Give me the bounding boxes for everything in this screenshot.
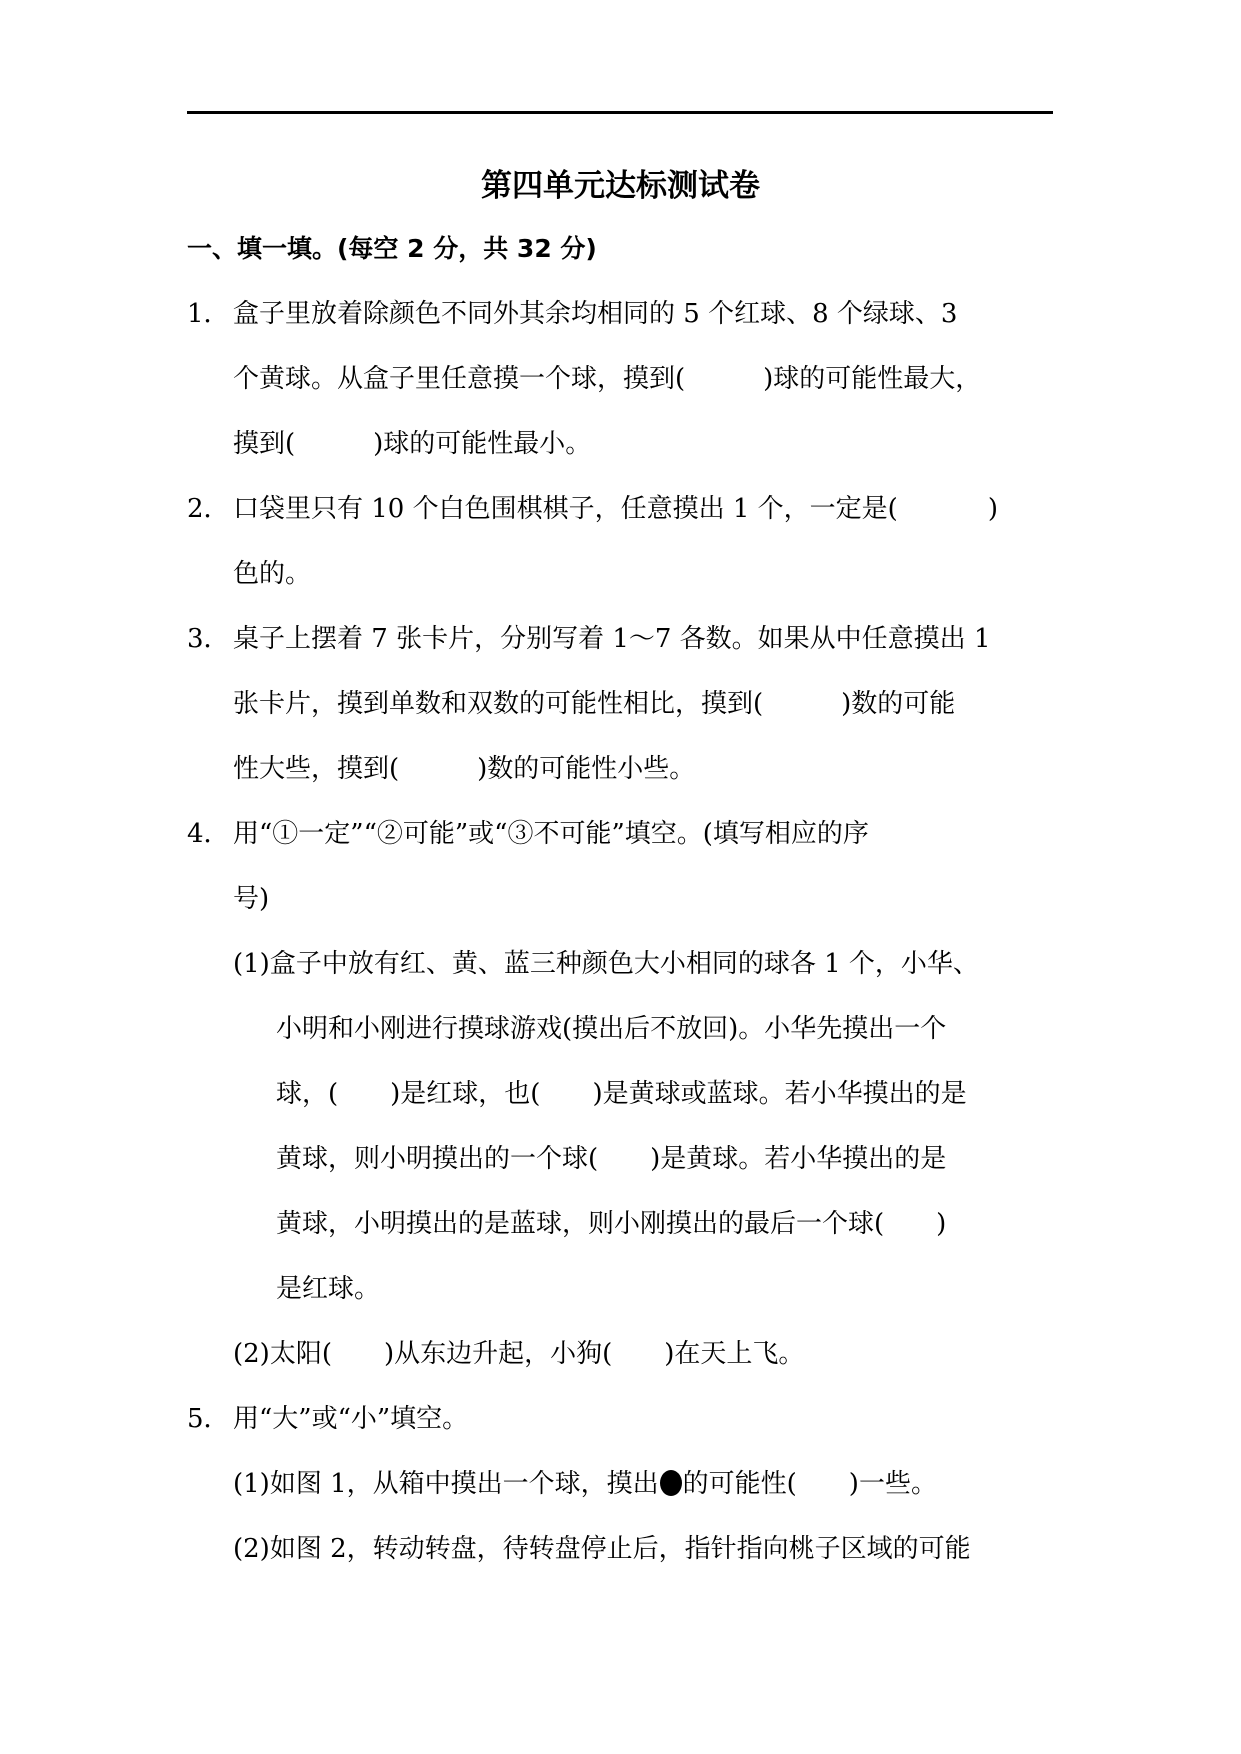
text: 黄球，则小明摸出的一个球( bbox=[276, 1144, 598, 1174]
question-4-line-1: 用“①一定”“②可能”或“③不可能”填空。(填写相应的序 bbox=[233, 817, 869, 851]
text: 个黄球。从盒子里任意摸一个球，摸到( bbox=[233, 364, 685, 394]
text: 张卡片，摸到单数和双数的可能性相比，摸到( bbox=[233, 689, 763, 719]
question-4-part-1-line-6: 是红球。 bbox=[276, 1272, 380, 1306]
section-heading-fill-in: 一、填一填。(每空 2 分，共 32 分) bbox=[187, 232, 597, 266]
text: )从东边升起，小狗( bbox=[384, 1339, 612, 1369]
text: )一些。 bbox=[849, 1469, 937, 1499]
text: )球的可能性最小。 bbox=[373, 429, 591, 459]
question-3-number: 3． bbox=[187, 622, 230, 656]
question-4-line-2: 号) bbox=[233, 882, 269, 916]
question-5-number: 5． bbox=[187, 1402, 230, 1436]
question-2-line-2: 色的。 bbox=[233, 557, 311, 591]
question-1-line-1: 盒子里放着除颜色不同外其余均相同的 5 个红球、8 个绿球、3 bbox=[233, 297, 957, 331]
question-3-line-3: 性大些，摸到()数的可能性小些。 bbox=[233, 752, 695, 786]
text: 球，( bbox=[276, 1079, 338, 1109]
question-1-line-2: 个黄球。从盒子里任意摸一个球，摸到()球的可能性最大， bbox=[233, 362, 981, 396]
black-ball-icon bbox=[660, 1470, 682, 1496]
question-4-number: 4． bbox=[187, 817, 230, 851]
question-4-part-2: (2)太阳()从东边升起，小狗()在天上飞。 bbox=[233, 1337, 804, 1371]
question-5-part-1: (1)如图 1，从箱中摸出一个球，摸出的可能性()一些。 bbox=[233, 1467, 937, 1501]
text: )数的可能性小些。 bbox=[477, 754, 695, 784]
question-5-line-1: 用“大”或“小”填空。 bbox=[233, 1402, 468, 1436]
question-2-line-1: 口袋里只有 10 个白色围棋棋子，任意摸出 1 个，一定是() bbox=[233, 492, 998, 526]
question-3-line-1: 桌子上摆着 7 张卡片，分别写着 1～7 各数。如果从中任意摸出 1 bbox=[233, 622, 991, 656]
text: )数的可能 bbox=[841, 689, 955, 719]
text: 的可能性( bbox=[683, 1469, 797, 1499]
question-4-part-1-line-3: 球，()是红球，也()是黄球或蓝球。若小华摸出的是 bbox=[276, 1077, 967, 1111]
question-3-line-2: 张卡片，摸到单数和双数的可能性相比，摸到()数的可能 bbox=[233, 687, 955, 721]
text: 性大些，摸到( bbox=[233, 754, 399, 784]
page-title: 第四单元达标测试卷 bbox=[0, 160, 1241, 205]
text: )在天上飞。 bbox=[664, 1339, 804, 1369]
text: )球的可能性最大， bbox=[763, 364, 981, 394]
text: )是黄球。若小华摸出的是 bbox=[650, 1144, 946, 1174]
question-4-part-1-line-4: 黄球，则小明摸出的一个球()是黄球。若小华摸出的是 bbox=[276, 1142, 946, 1176]
text: 摸到( bbox=[233, 429, 295, 459]
text: ) bbox=[988, 494, 998, 524]
question-1-line-3: 摸到()球的可能性最小。 bbox=[233, 427, 591, 461]
text: )是红球，也( bbox=[390, 1079, 540, 1109]
question-2-number: 2． bbox=[187, 492, 230, 526]
text: ) bbox=[936, 1209, 946, 1239]
question-1-number: 1． bbox=[187, 297, 230, 331]
question-4-part-1-line-5: 黄球，小明摸出的是蓝球，则小刚摸出的最后一个球() bbox=[276, 1207, 946, 1241]
text: 口袋里只有 10 个白色围棋棋子，任意摸出 1 个，一定是( bbox=[233, 494, 898, 524]
text: 黄球，小明摸出的是蓝球，则小刚摸出的最后一个球( bbox=[276, 1209, 884, 1239]
header-rule bbox=[187, 111, 1053, 114]
question-4-part-1-line-2: 小明和小刚进行摸球游戏(摸出后不放回)。小华先摸出一个 bbox=[276, 1012, 946, 1046]
question-4-part-1-line-1: (1)盒子中放有红、黄、蓝三种颜色大小相同的球各 1 个，小华、 bbox=[233, 947, 979, 981]
text: )是黄球或蓝球。若小华摸出的是 bbox=[592, 1079, 966, 1109]
question-5-part-2-line-1: (2)如图 2，转动转盘，待转盘停止后，指针指向桃子区域的可能 bbox=[233, 1532, 971, 1566]
text: (2)太阳( bbox=[233, 1339, 332, 1369]
text: (1)如图 1，从箱中摸出一个球，摸出 bbox=[233, 1469, 659, 1499]
